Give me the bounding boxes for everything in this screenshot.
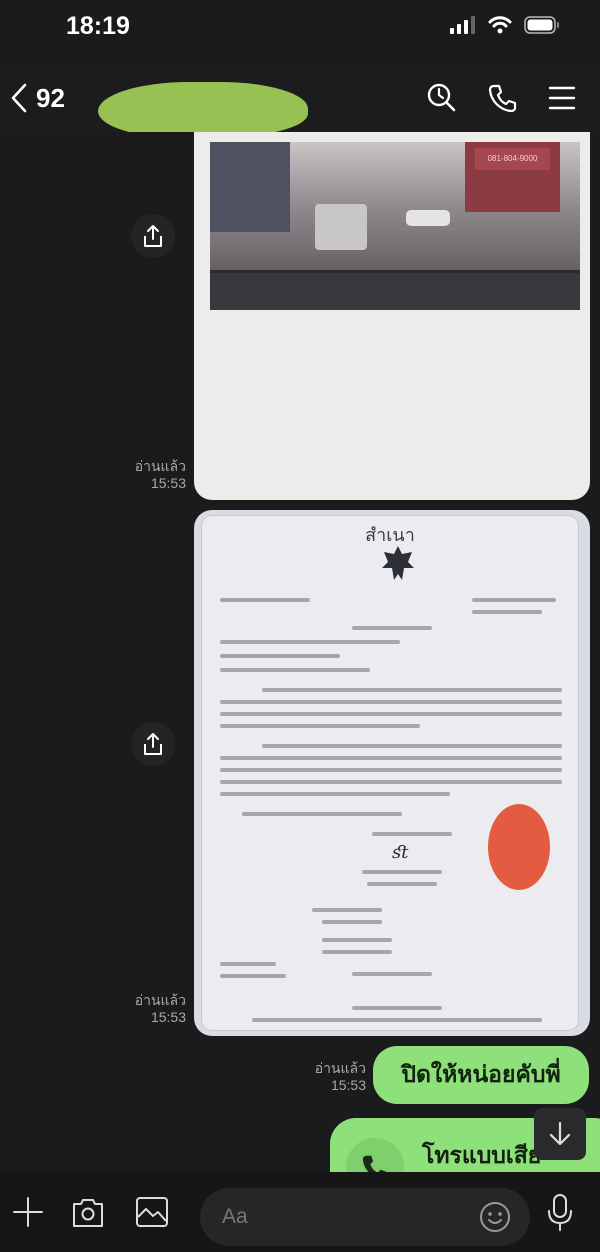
- contact-name-redacted: [98, 82, 308, 138]
- status-bar: 18:19: [0, 0, 600, 60]
- wifi-icon: [488, 16, 512, 34]
- photo-sign: 081-804-9000: [475, 148, 550, 170]
- phone-icon: [361, 1153, 389, 1172]
- chat-area[interactable]: 081-804-9000 อ่านแล้ว 15:53 สำเนา: [0, 132, 600, 1172]
- text-message-bubble[interactable]: ปิดให้หน่อยคับพี่: [373, 1046, 589, 1104]
- battery-icon: [524, 16, 560, 34]
- share-button[interactable]: [131, 214, 175, 258]
- image-message-document[interactable]: สำเนา ﬆ: [194, 510, 590, 1036]
- back-button[interactable]: 92: [10, 82, 65, 114]
- garuda-emblem-icon: [378, 542, 418, 584]
- emoji-button[interactable]: [478, 1200, 512, 1239]
- menu-icon[interactable]: [548, 85, 576, 111]
- image-message-street-photo[interactable]: 081-804-9000: [194, 132, 590, 500]
- message-input-bar: [0, 1172, 600, 1252]
- image-button[interactable]: [132, 1192, 172, 1232]
- chevron-left-icon: [10, 82, 30, 114]
- share-icon: [142, 732, 164, 756]
- search-clock-icon[interactable]: [426, 82, 458, 114]
- share-icon: [142, 224, 164, 248]
- camera-button[interactable]: [68, 1192, 108, 1232]
- read-receipt: อ่านแล้ว 15:53: [110, 992, 186, 1026]
- image-icon: [135, 1195, 169, 1229]
- read-receipt: อ่านแล้ว 15:53: [110, 458, 186, 492]
- unread-count: 92: [36, 83, 65, 114]
- status-time: 18:19: [66, 12, 130, 41]
- camera-icon: [71, 1195, 105, 1229]
- stamp-redacted: [488, 804, 550, 890]
- message-text: ปิดให้หน่อยคับพี่: [401, 1057, 560, 1093]
- status-icons: [450, 16, 560, 34]
- header-actions: [426, 82, 576, 114]
- arrow-down-icon: [547, 1120, 573, 1148]
- street-photo: 081-804-9000: [210, 142, 580, 310]
- voice-button[interactable]: [540, 1192, 580, 1232]
- call-label: โทรแบบเสีย: [422, 1138, 541, 1172]
- read-receipt: อ่านแล้ว 15:53: [290, 1060, 366, 1094]
- add-button[interactable]: [8, 1192, 48, 1232]
- phone-icon[interactable]: [488, 83, 518, 113]
- share-button[interactable]: [131, 722, 175, 766]
- microphone-icon: [545, 1193, 575, 1231]
- chat-header: 92: [0, 68, 600, 132]
- pickup-truck: [315, 204, 367, 250]
- scroll-to-bottom-button[interactable]: [534, 1108, 586, 1160]
- plus-icon: [12, 1196, 44, 1228]
- document-paper: สำเนา ﬆ: [202, 516, 578, 1030]
- call-icon-circle: [346, 1138, 404, 1172]
- white-car: [406, 210, 450, 226]
- cellular-signal-icon: [450, 16, 476, 34]
- emoji-icon: [478, 1200, 512, 1234]
